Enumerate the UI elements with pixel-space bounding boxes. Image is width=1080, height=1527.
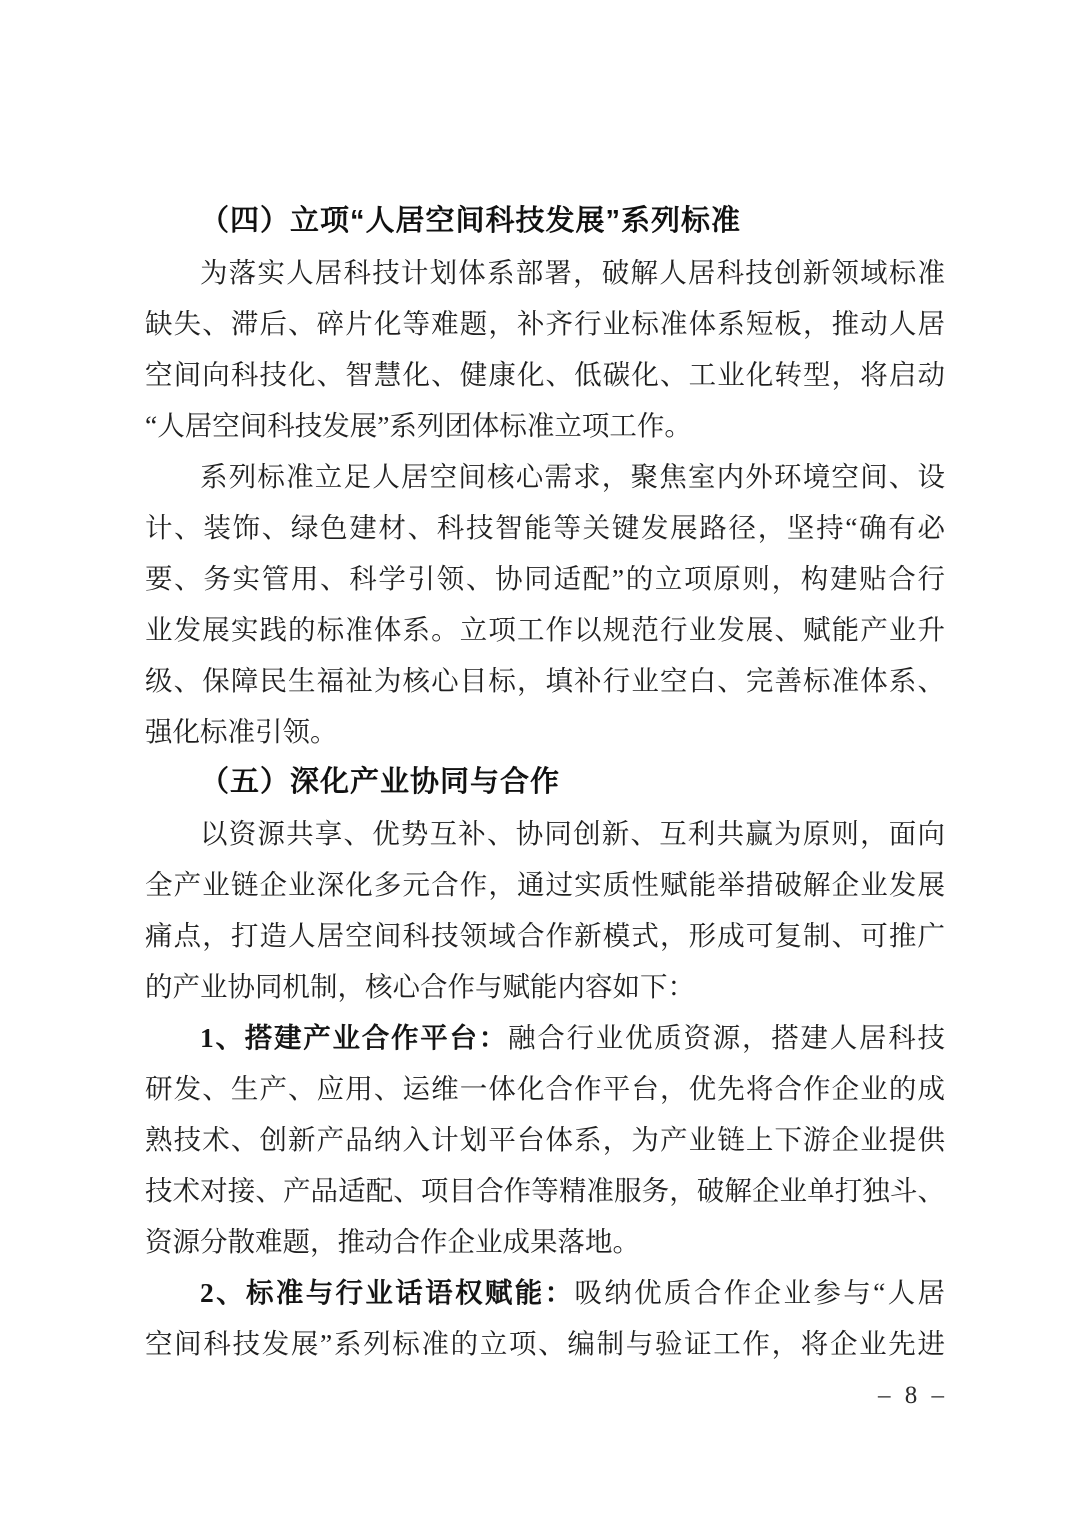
paragraph: 为落实人居科技计划体系部署，破解人居科技创新领域标准缺失、滞后、碎片化等难题，补…	[145, 247, 945, 451]
text-line: 缺失、滞后、碎片化等难题，补齐行业标准体系短板，推动人居	[145, 298, 945, 349]
text-line: 系列标准立足人居空间核心需求，聚焦室内外环境空间、设	[145, 451, 945, 502]
text-line: 以资源共享、优势互补、协同创新、互利共赢为原则，面向	[145, 808, 945, 859]
text-line: 全产业链企业深化多元合作，通过实质性赋能举措破解企业发展	[145, 859, 945, 910]
text-line: 研发、生产、应用、运维一体化合作平台，优先将合作企业的成	[145, 1063, 945, 1114]
section-heading: （四）立项“人居空间科技发展”系列标准	[145, 196, 945, 247]
text-line: 空间科技发展”系列标准的立项、编制与验证工作，将企业先进	[145, 1318, 945, 1369]
text-line: 为落实人居科技计划体系部署，破解人居科技创新领域标准	[145, 247, 945, 298]
text-line: 1、搭建产业合作平台：融合行业优质资源，搭建人居科技	[145, 1012, 945, 1063]
text-line: 空间向科技化、智慧化、健康化、低碳化、工业化转型，将启动	[145, 349, 945, 400]
text-line: 熟技术、创新产品纳入计划平台体系，为产业链上下游企业提供	[145, 1114, 945, 1165]
text-line: 业发展实践的标准体系。立项工作以规范行业发展、赋能产业升	[145, 604, 945, 655]
section-heading: （五）深化产业协同与合作	[145, 757, 945, 808]
document-page: （四）立项“人居空间科技发展”系列标准为落实人居科技计划体系部署，破解人居科技创…	[0, 0, 1080, 1527]
text-line: 计、装饰、绿色建材、科技智能等关键发展路径，坚持“确有必	[145, 502, 945, 553]
text-line: 痛点，打造人居空间科技领域合作新模式，形成可复制、可推广	[145, 910, 945, 961]
text-line: 要、务实管用、科学引领、协同适配”的立项原则，构建贴合行	[145, 553, 945, 604]
item-label: 2、标准与行业话语权赋能：	[200, 1277, 574, 1308]
text-line: 技术对接、产品适配、项目合作等精准服务，破解企业单打独斗、	[145, 1165, 945, 1216]
paragraph: 1、搭建产业合作平台：融合行业优质资源，搭建人居科技研发、生产、应用、运维一体化…	[145, 1012, 945, 1267]
paragraph: 以资源共享、优势互补、协同创新、互利共赢为原则，面向全产业链企业深化多元合作，通…	[145, 808, 945, 1012]
item-label: 1、搭建产业合作平台：	[200, 1022, 508, 1053]
text-line: “人居空间科技发展”系列团体标准立项工作。	[145, 400, 945, 451]
paragraph: 系列标准立足人居空间核心需求，聚焦室内外环境空间、设计、装饰、绿色建材、科技智能…	[145, 451, 945, 757]
paragraph: 2、标准与行业话语权赋能：吸纳优质合作企业参与“人居空间科技发展”系列标准的立项…	[145, 1267, 945, 1369]
text-line: 的产业协同机制，核心合作与赋能内容如下：	[145, 961, 945, 1012]
text-line: 资源分散难题，推动合作企业成果落地。	[145, 1216, 945, 1267]
document-body: （四）立项“人居空间科技发展”系列标准为落实人居科技计划体系部署，破解人居科技创…	[145, 196, 945, 1369]
page-number: – 8 –	[878, 1382, 948, 1410]
text-line: 2、标准与行业话语权赋能：吸纳优质合作企业参与“人居	[145, 1267, 945, 1318]
text-line: 级、保障民生福祉为核心目标，填补行业空白、完善标准体系、	[145, 655, 945, 706]
text-line: 强化标准引领。	[145, 706, 945, 757]
